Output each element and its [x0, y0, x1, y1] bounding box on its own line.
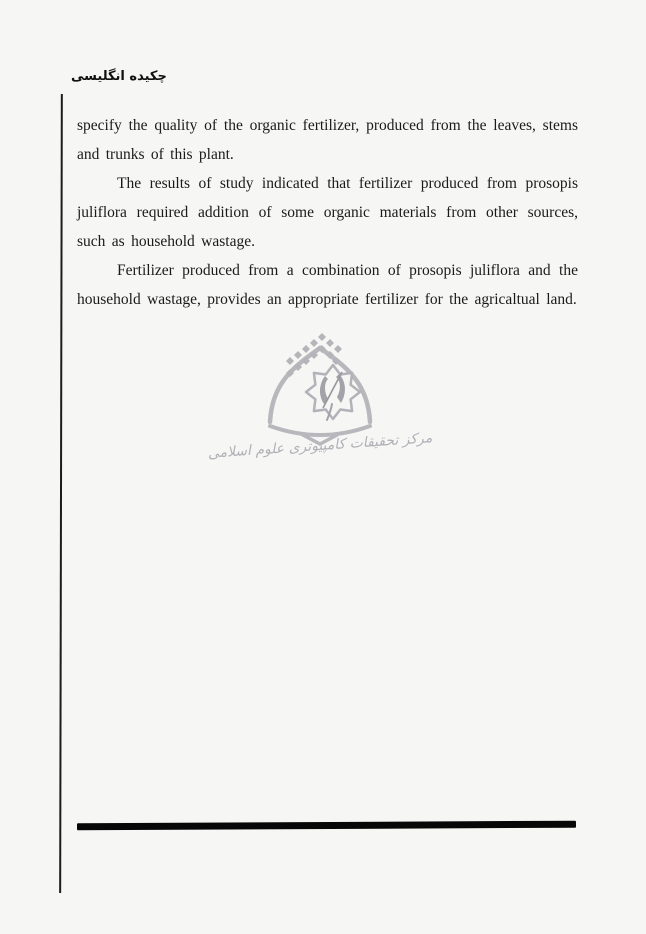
abstract-paragraph: specify the quality of the organic ferti…: [77, 111, 578, 169]
abstract-header-fa: چکیده انگلیسی: [71, 69, 167, 84]
scanned-abstract-page: چکیده انگلیسی specify the quality of the…: [0, 0, 646, 934]
left-margin-rule: [59, 94, 63, 893]
abstract-paragraph: The results of study indicated that fert…: [77, 169, 578, 256]
bottom-separator-bar: [77, 821, 576, 831]
dome-base-curve: [270, 426, 370, 435]
eight-point-star-icon: [306, 365, 360, 419]
abstract-paragraph: Fertilizer produced from a combination o…: [77, 256, 578, 314]
abstract-text-block: specify the quality of the organic ferti…: [77, 111, 578, 314]
